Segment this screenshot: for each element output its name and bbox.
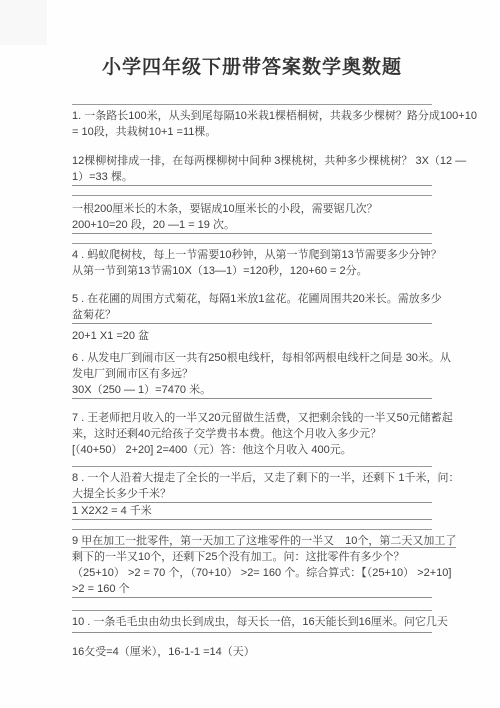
problem-6-line-2: 发电厂到闹市区有多远？ xyxy=(72,366,432,382)
problem-5-answer: 20+1 X1 =20 盆 xyxy=(72,328,432,344)
problem-7-answer: [（40+50） 2+20] 2=400（元）答：他这个月收入 400元。 xyxy=(72,442,432,458)
problem-9-line-1: 9 甲在加工一批零件，第一天加工了这堆零件的一半又 10个，第二天又加工了 xyxy=(72,533,432,549)
problem-9-number: 9 xyxy=(72,535,81,547)
section-divider xyxy=(72,610,432,611)
section-divider xyxy=(72,195,432,196)
problem-6-answer: 30X（250 — 1）=7470 米。 xyxy=(72,382,432,399)
problem-9-line-3: （25+10） >2 = 70 个，（70+10） >2= 160 个。综合算式… xyxy=(72,565,432,581)
section-divider xyxy=(72,466,432,467)
problem-9-line-4: >2 = 160 个 xyxy=(72,581,432,598)
problem-8-line-2: 大提全长多少千米？ xyxy=(72,486,432,503)
page-title: 小学四年级下册带答案数学奥数题 xyxy=(72,52,432,84)
problem-2-line-2: 1）=33 棵。 xyxy=(72,169,432,186)
worksheet-page: 小学四年级下册带答案数学奥数题 1. 一条路长100米，从头到尾每隔10米栽1棵… xyxy=(0,0,500,708)
problem-3-line-2: 200+10=20 段，20 —1 = 19 次。 xyxy=(72,217,432,234)
problem-4-line-1: 4 . 蚂蚁爬树枝，每上一节需要10秒钟，从第一节爬到第13节需要多少分钟？ xyxy=(72,247,432,263)
section-divider xyxy=(72,104,432,105)
problem-5-line-1: 5 . 在花圃的周围方式菊花，每隔1米放1盆花。花圃周围共20米长。需放多少 xyxy=(72,291,432,307)
problem-7-line-1: 7 . 王老师把月收入的一半又20元留做生活费，又把剩余钱的一半又50元储蓄起 xyxy=(72,410,432,426)
section-divider xyxy=(72,529,432,530)
problem-1-line-1: 1. 一条路长100米，从头到尾每隔10米栽1棵梧桐树，共栽多少棵树？路分成10… xyxy=(72,108,432,124)
problem-1-line-2: = 10段，共栽树10+1 =11棵。 xyxy=(72,124,432,140)
problem-9-line-2: 剩下的一半又10个，还剩下25个没有加工。问：这批零件有多少个？ xyxy=(72,549,432,565)
problem-9-line-1-text: 甲在加工一批零件，第一天加工了这堆零件的一半又 10个，第二天又加工了 xyxy=(81,535,456,548)
problem-4-line-2: 从第一节到第13节需10X（13—1）=120秒，120+60 = 2分。 xyxy=(72,263,432,279)
problem-8-answer: 1 X2X2 = 4 千米 xyxy=(72,503,432,520)
problem-2-line-1: 12棵柳树排成一排，在每两棵柳树中间种 3棵桃树，共种多少棵桃树？ 3X（12 … xyxy=(72,153,432,169)
worksheet-content: 小学四年级下册带答案数学奥数题 1. 一条路长100米，从头到尾每隔10米栽1棵… xyxy=(72,0,432,660)
section-divider xyxy=(72,243,432,244)
corner-mark xyxy=(0,0,47,45)
problem-10-line-1: 10 . 一条毛毛虫由幼虫长到成虫，每天长一倍，16天能长到16厘米。问它几天 xyxy=(72,614,432,633)
problem-10-answer: 16攵受=4（厘米），16-1-1 =14（天） xyxy=(72,644,432,660)
problem-3-line-1: 一根200厘米长的木条，要锯成10厘米长的小段，需要锯几次？ xyxy=(72,201,432,217)
problem-6-line-1: 6 . 从发电厂到闹市区一共有250根电线杆，每相邻两根电线杆之间是 30米。从 xyxy=(72,350,432,366)
problem-8-line-1: 8 . 一个人沿着大提走了全长的一半后，又走了剩下的一半，还剩下 1千米，问： xyxy=(72,470,432,486)
problem-7-line-2: 来，这时还剩40元给孩子交学费书本费。他这个月收入多少元？ xyxy=(72,426,432,442)
problem-5-line-2: 盆菊花？ xyxy=(72,307,432,324)
